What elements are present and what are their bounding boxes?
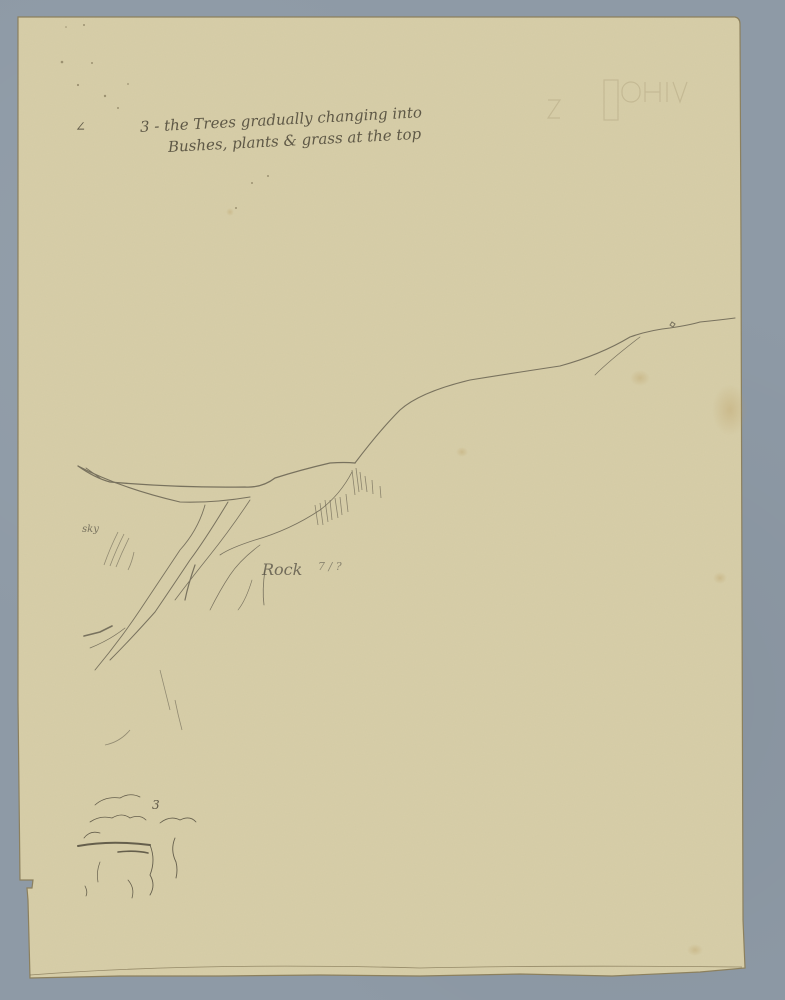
annotation-marker: ∠	[75, 120, 86, 135]
sketch-canvas	[0, 0, 785, 1000]
tree-number-label: 3	[152, 798, 160, 812]
rock-marks: 7 / ?	[318, 560, 342, 573]
rock-label: Rock	[262, 560, 302, 579]
sky-label: sky	[82, 524, 99, 535]
